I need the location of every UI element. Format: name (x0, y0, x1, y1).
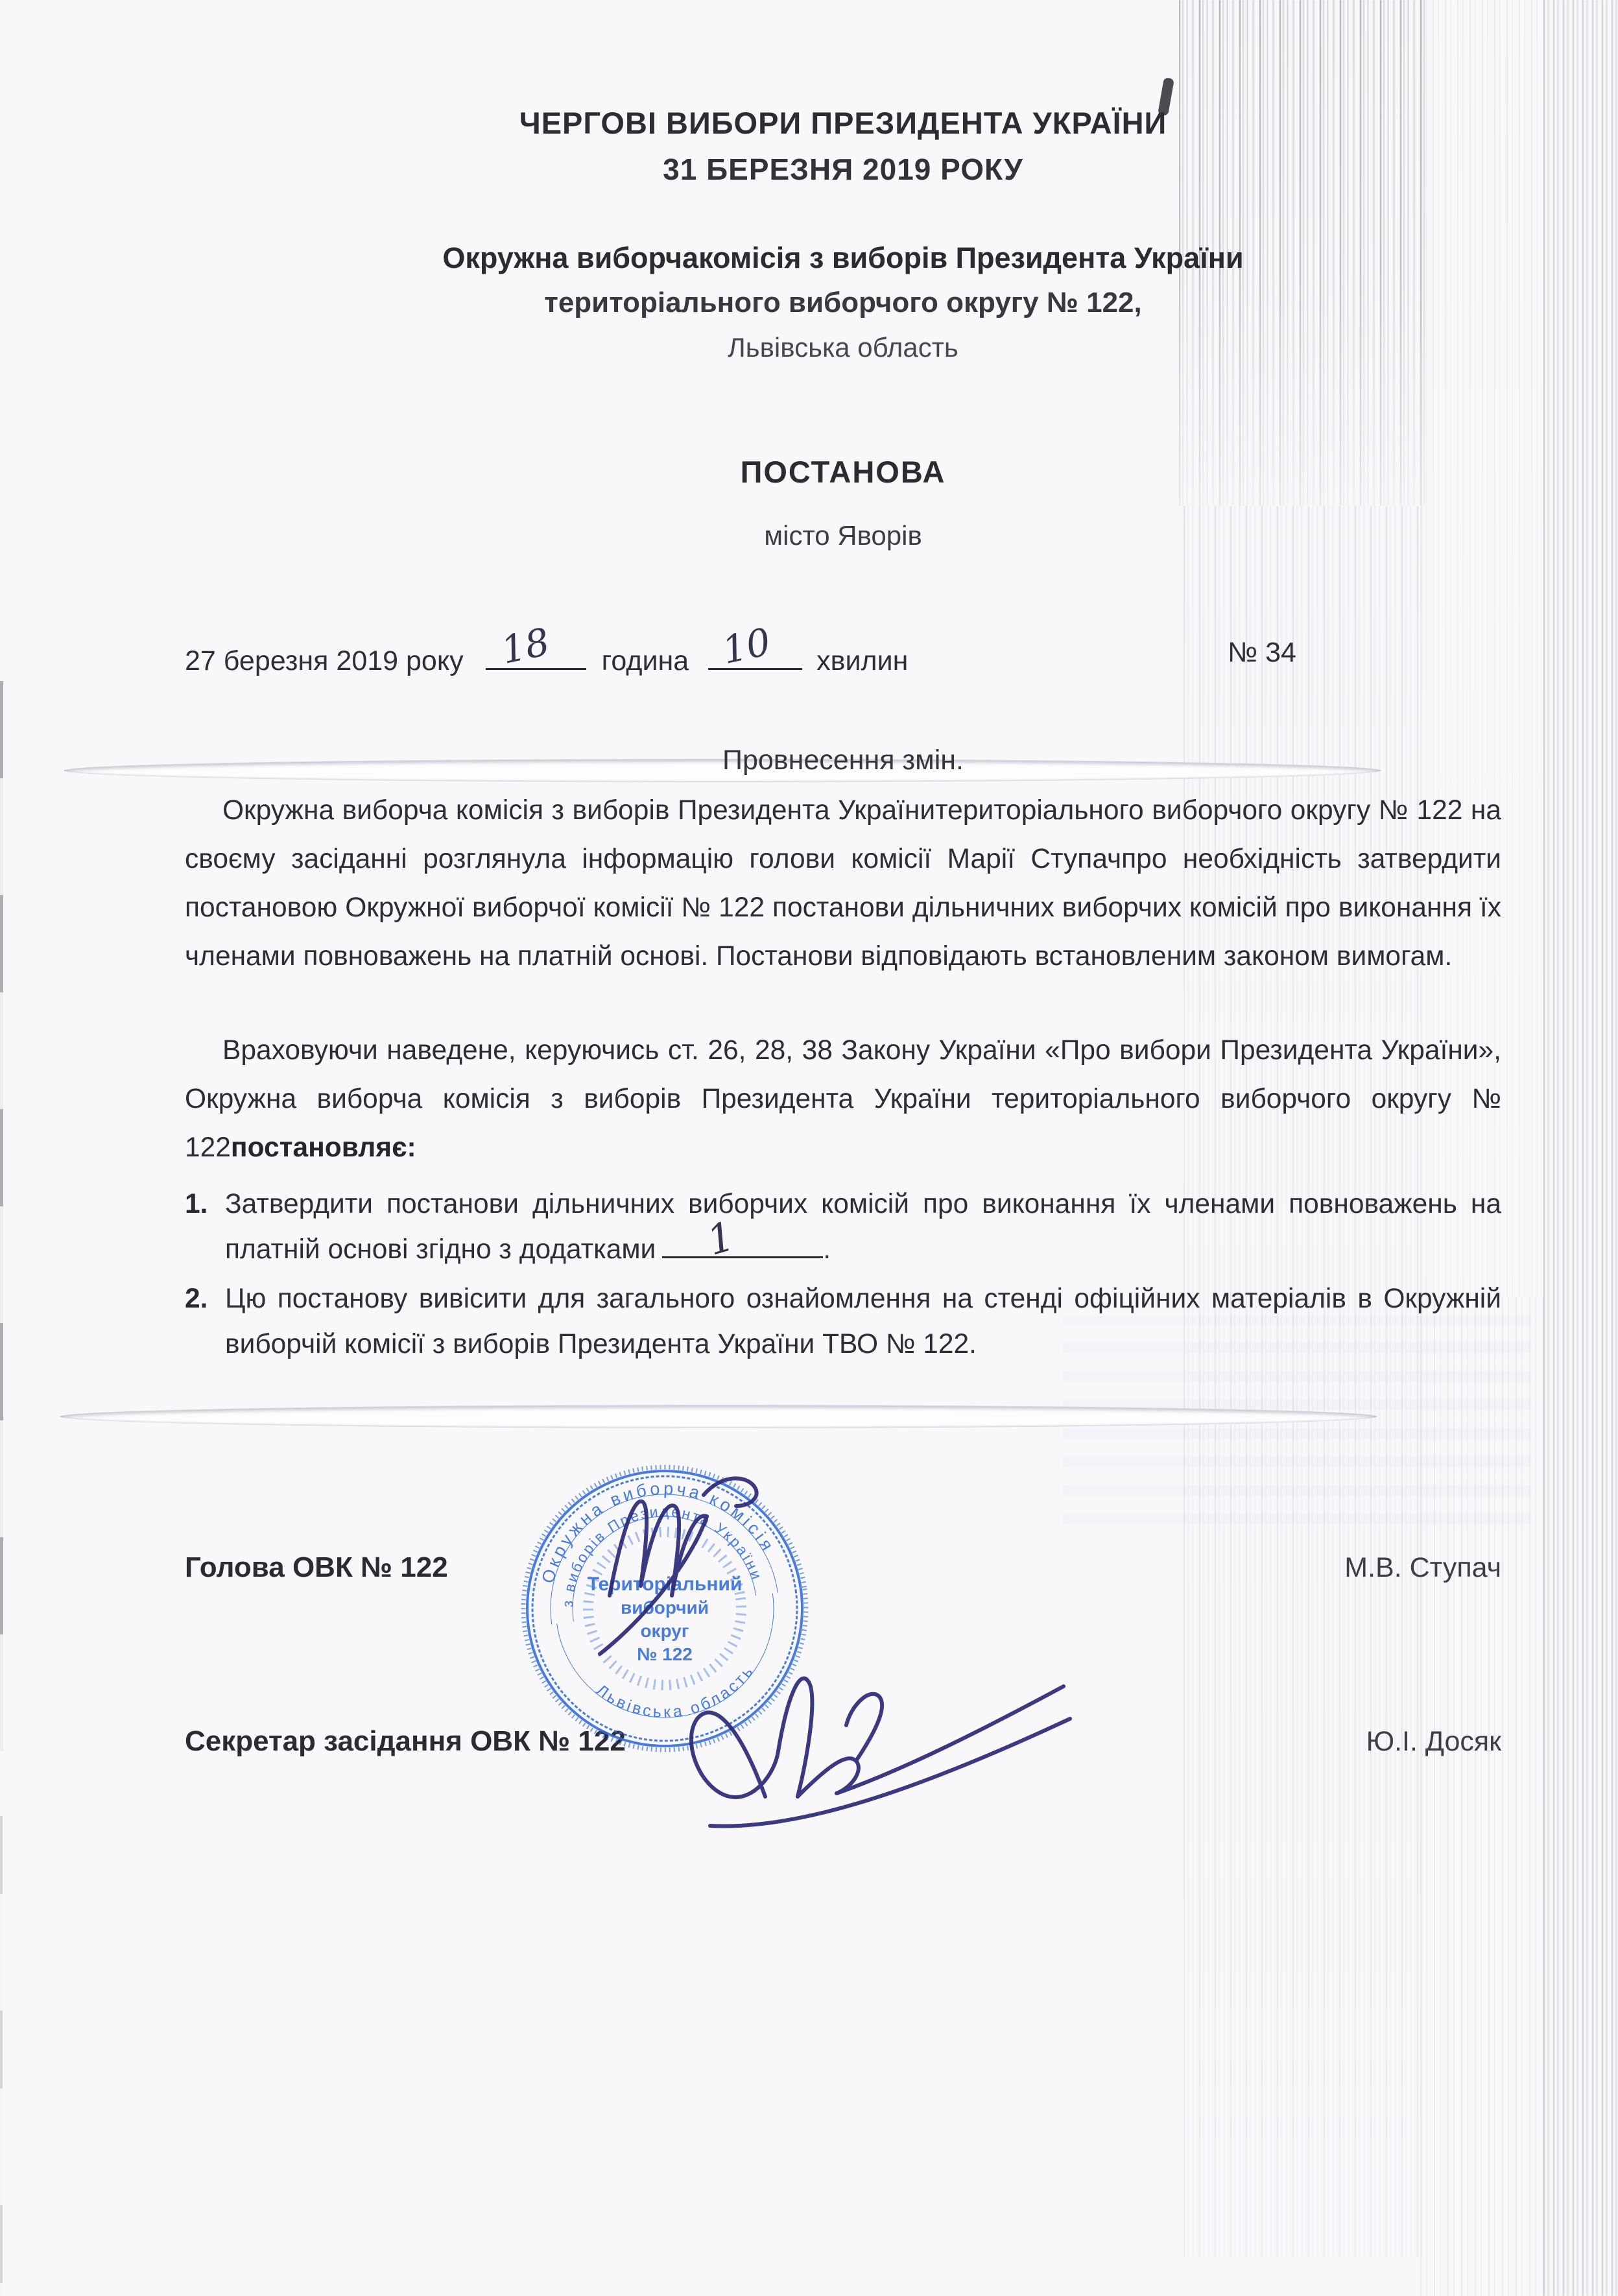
commission-region: Львівська область (185, 332, 1501, 363)
document-title: ПОСТАНОВА (185, 454, 1501, 490)
document-number: № 34 (1228, 637, 1296, 669)
resolution-list: 1. Затвердити постанови дільничних вибор… (185, 1182, 1501, 1371)
head-role-label: Голова ОВК № 122 (185, 1551, 448, 1584)
scanned-document-page: ЧЕРГОВІ ВИБОРИ ПРЕЗИДЕНТА УКРАЇНИ 31 БЕР… (0, 0, 1618, 2296)
paragraph-2: Враховуючи наведене, керуючись ст. 26, 2… (185, 1026, 1501, 1172)
handwritten-appendix-number: 1 (703, 1216, 739, 1262)
scan-edge-shadow (0, 681, 3, 1751)
minute-label: хвилин (816, 645, 908, 676)
paragraph-1: Окружна виборча комісія з виборів Презид… (185, 786, 1501, 981)
commission-name-line1: Окружна виборчакомісія з виборів Президе… (185, 241, 1501, 275)
secretary-name: Ю.І. Досяк (1366, 1726, 1501, 1758)
list-item-1-suffix: . (823, 1234, 831, 1265)
punch-hole-bottom (60, 1405, 1377, 1428)
handwritten-minute: 10 (719, 623, 774, 669)
commission-name-line2: територіального виборчого округу № 122, (185, 287, 1501, 319)
secretary-signature-stroke (691, 1679, 1070, 1826)
handwritten-signatures (551, 1446, 1102, 1836)
scan-edge-shadow-lower (0, 1816, 3, 2296)
hour-label: година (602, 645, 689, 676)
handwritten-hour: 18 (498, 623, 553, 669)
date-text: 27 березня 2019 року (185, 645, 464, 676)
election-header-line1: ЧЕРГОВІ ВИБОРИ ПРЕЗИДЕНТА УКРАЇНИ (185, 105, 1501, 141)
document-city: місто Яворів (185, 520, 1501, 551)
paragraph-2-resolves: постановляє: (231, 1132, 416, 1163)
list-item-text: Затвердити постанови дільничних виборчих… (225, 1182, 1501, 1273)
list-item-text: Цю постанову вивісити для загального озн… (225, 1276, 1501, 1367)
subject-heading: Провнесення змін. (185, 745, 1501, 776)
election-header-line2: 31 БЕРЕЗНЯ 2019 РОКУ (185, 152, 1501, 187)
minute-blank: 10 (708, 637, 802, 670)
head-signature-stroke (600, 1478, 757, 1654)
list-item-number: 2. (185, 1276, 225, 1367)
dateline: 27 березня 2019 року18година10хвилин № 3… (185, 637, 1501, 677)
appendix-blank: 1 (662, 1249, 823, 1258)
list-item: 1. Затвердити постанови дільничних вибор… (185, 1182, 1501, 1273)
list-item-number: 1. (185, 1182, 225, 1273)
scan-streak-band-far-right (1543, 0, 1618, 2296)
head-name: М.В. Ступач (1344, 1552, 1501, 1584)
hour-blank: 18 (486, 637, 586, 670)
list-item-1-text: Затвердити постанови дільничних виборчих… (225, 1189, 1501, 1265)
list-item: 2. Цю постанову вивісити для загального … (185, 1276, 1501, 1367)
